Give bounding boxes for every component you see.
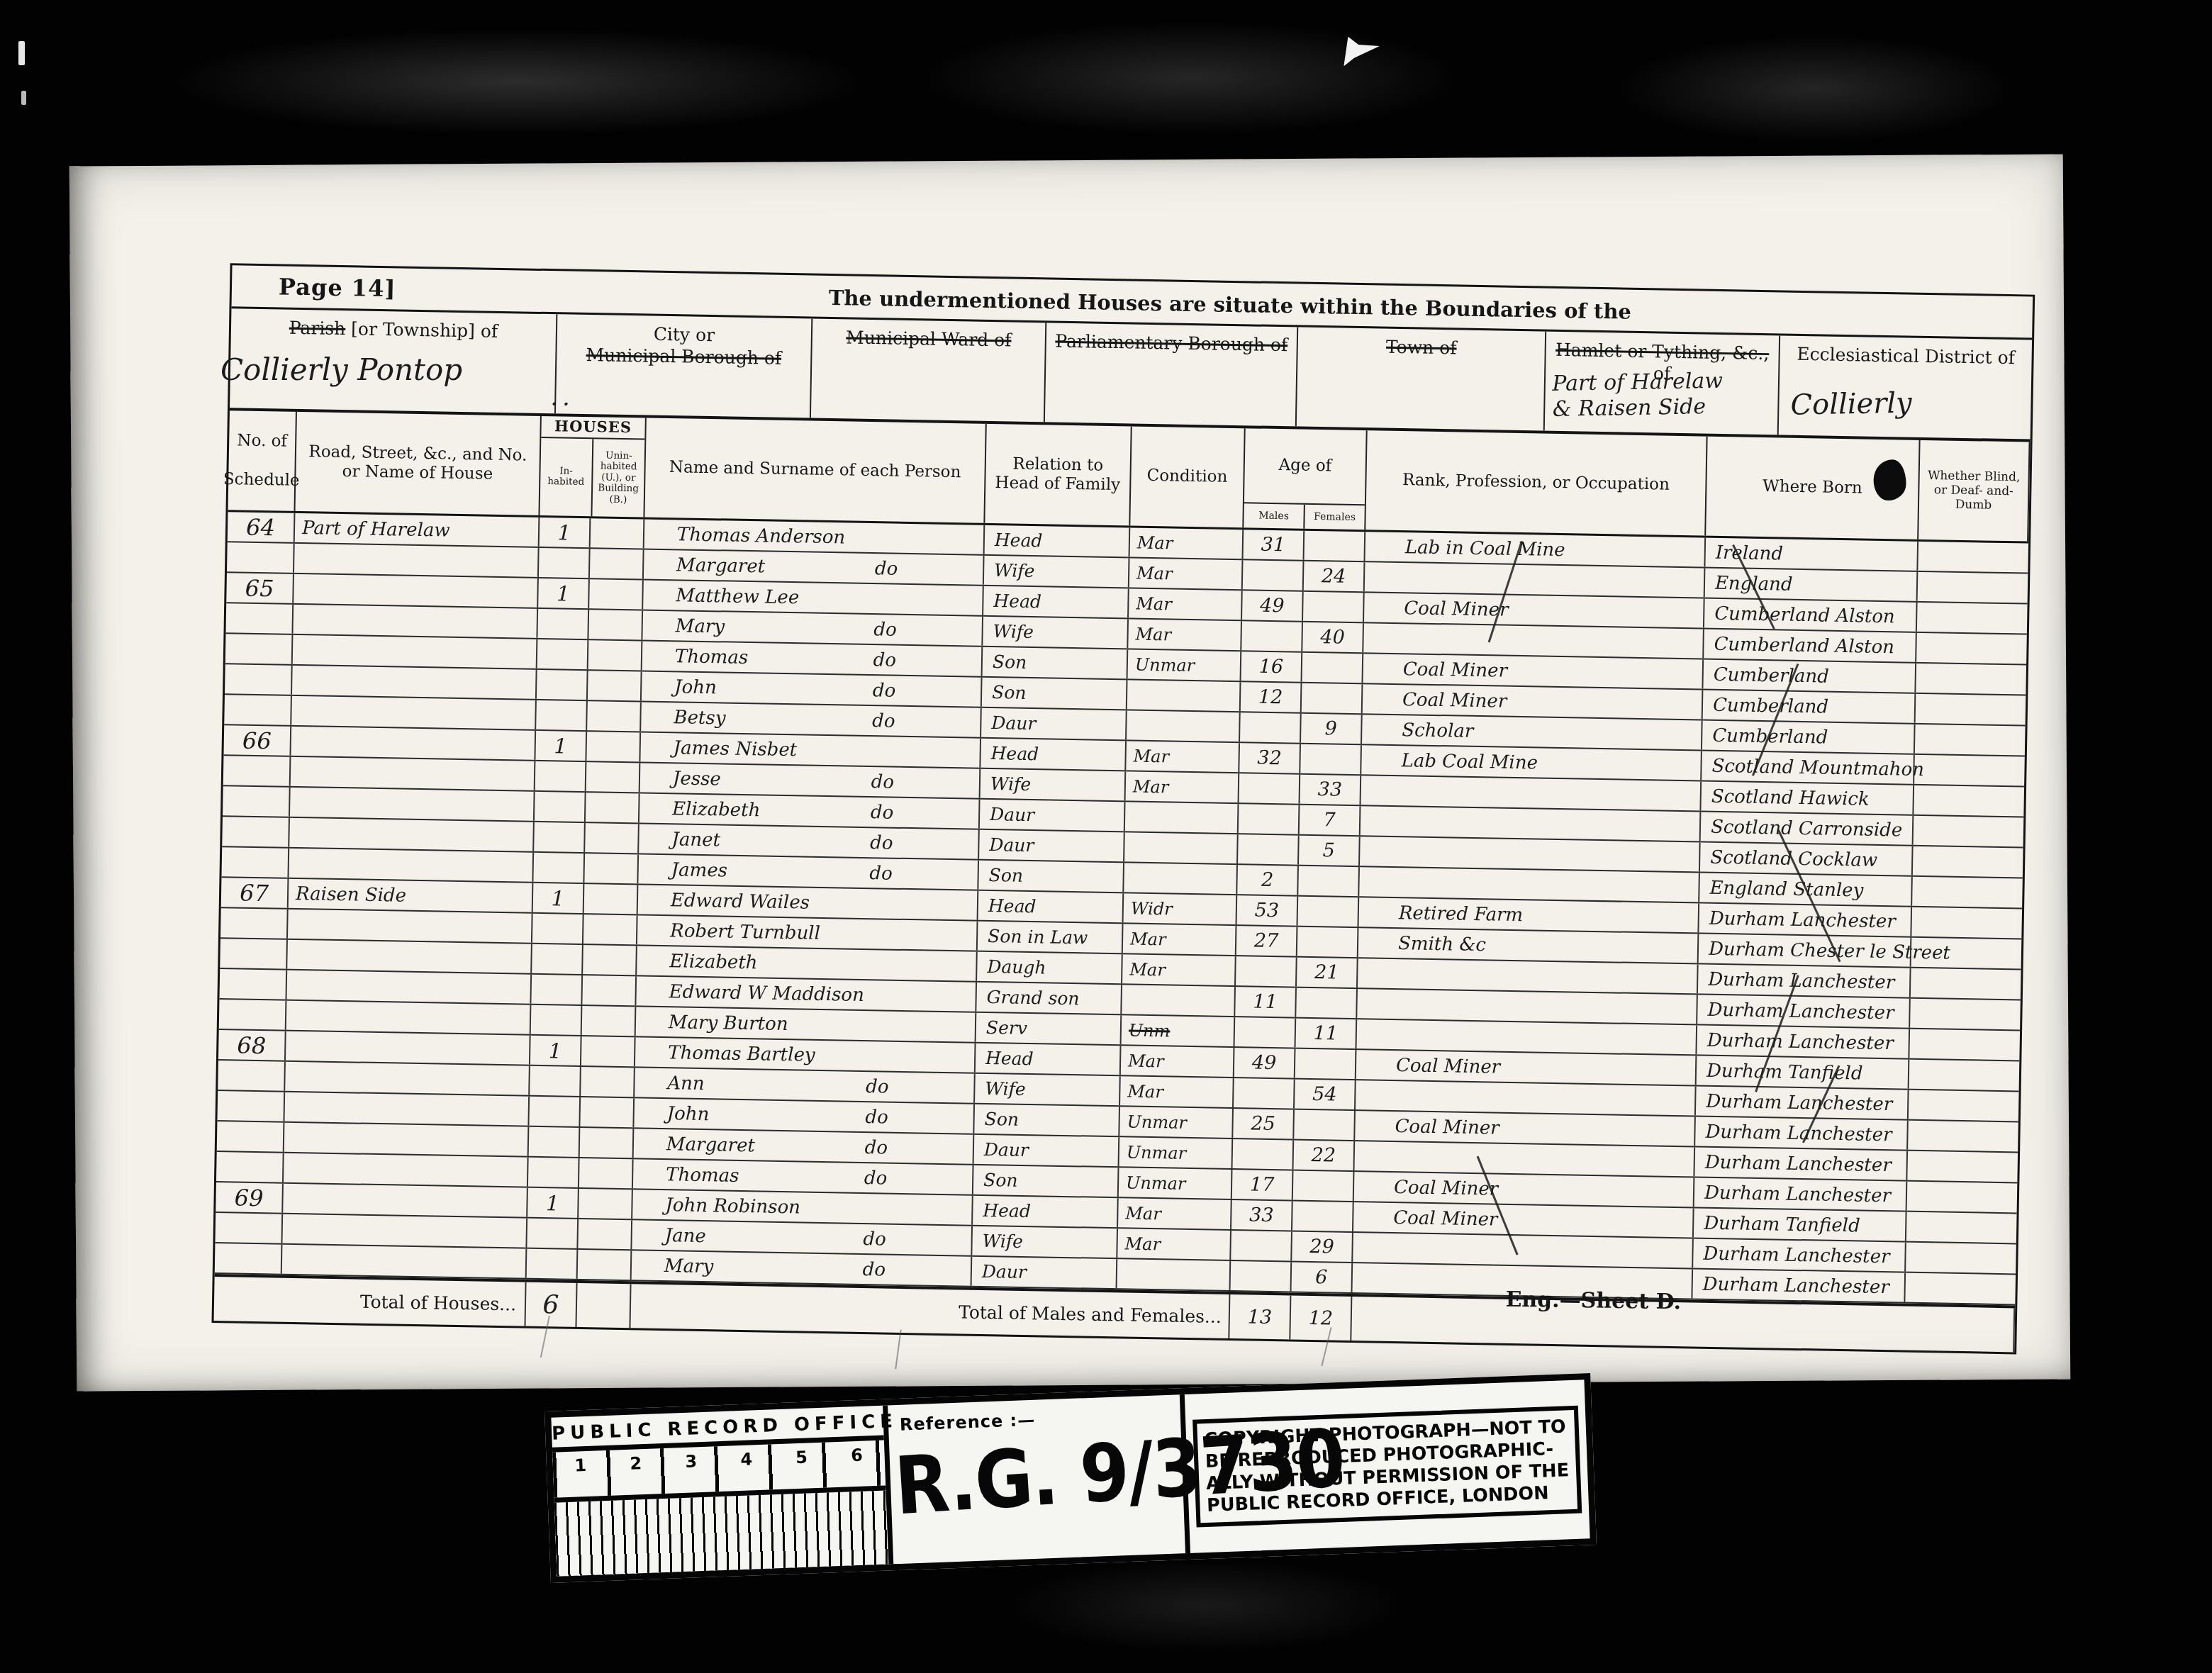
cell-occupation xyxy=(1357,989,1698,1024)
cell-name: Edward Wailes xyxy=(638,885,979,919)
header-females: Females xyxy=(1305,505,1365,530)
cell-condition: Mar xyxy=(1123,924,1237,955)
film-smudge xyxy=(170,28,865,135)
ruler-number: 2 xyxy=(608,1448,664,1496)
cell-uninhabited xyxy=(583,914,638,944)
cell-occupation: Coal Miner xyxy=(1364,593,1705,627)
cell-age-female: 7 xyxy=(1300,805,1361,835)
cell-age-male xyxy=(1236,956,1297,986)
cell-uninhabited xyxy=(589,579,644,609)
cell-occupation: Coal Miner xyxy=(1363,654,1704,688)
cell-schedule xyxy=(215,1243,283,1274)
field-city: City or Municipal Borough of xyxy=(556,314,812,418)
total-houses-value: 6 xyxy=(525,1282,577,1327)
cell-birthplace: Scotland Carronside xyxy=(1701,812,1914,845)
header-condition: Condition xyxy=(1130,426,1245,527)
sheet-note: Eng.—Sheet D. xyxy=(1505,1287,1681,1315)
header-blind: Whether Blind, or Deaf- and-Dumb xyxy=(1918,440,2030,542)
ecclesiastical-value: Collierly xyxy=(1790,386,1912,423)
cell-condition: Mar xyxy=(1128,619,1242,650)
cell-address xyxy=(294,574,539,608)
cell-occupation: Coal Miner xyxy=(1363,684,1704,719)
cell-age-female: 22 xyxy=(1294,1141,1356,1170)
cell-condition: Mar xyxy=(1120,1076,1234,1107)
cell-inhabited: 1 xyxy=(527,1188,579,1218)
header-age: Age of Males Females xyxy=(1244,428,1367,530)
cell-blind xyxy=(1906,1243,2016,1274)
field-ecclesiastical: Ecclesiastical District of Collierly xyxy=(1779,335,2032,439)
cell-condition xyxy=(1127,710,1241,742)
cell-inhabited: 1 xyxy=(535,731,587,761)
cell-relation: Son xyxy=(983,647,1129,679)
cell-schedule xyxy=(220,908,289,939)
cell-uninhabited xyxy=(579,1189,633,1219)
cell-name: Edward W Maddison xyxy=(636,976,977,1011)
page-number: Page 14] xyxy=(279,273,396,302)
cell-schedule xyxy=(223,786,291,817)
cell-occupation xyxy=(1356,1019,1697,1054)
cell-age-female: 54 xyxy=(1295,1080,1356,1109)
cell-name: Thomas Anderson xyxy=(644,519,985,554)
cell-age-female xyxy=(1300,744,1362,774)
field-hamlet: Hamlet or Tything, &c., of Part of Harel… xyxy=(1545,332,1780,435)
cell-blind xyxy=(1916,633,2027,664)
field-parish: Parish [or Township] of Collierly Pontop… xyxy=(230,308,557,413)
field-parliamentary: Parliamentary Borough of xyxy=(1045,323,1298,426)
cell-address xyxy=(291,696,537,729)
cell-age-female: 24 xyxy=(1304,561,1365,591)
cell-age-female xyxy=(1294,1110,1356,1140)
cell-name: Betsydo xyxy=(641,702,982,737)
cell-name: Marydo xyxy=(632,1250,973,1285)
cell-uninhabited xyxy=(578,1219,632,1249)
hamlet-value: Part of Harelaw & Raisen Side xyxy=(1552,369,1724,423)
cell-uninhabited xyxy=(582,975,637,1005)
cell-birthplace: Scotland Cocklaw xyxy=(1700,843,1914,875)
cell-birthplace: Durham Lanchester xyxy=(1696,1086,1909,1119)
cell-address xyxy=(287,940,532,973)
cell-blind xyxy=(1908,1121,2018,1152)
cell-uninhabited xyxy=(591,518,645,548)
cell-age-male: 11 xyxy=(1235,987,1297,1017)
cell-schedule xyxy=(227,542,295,573)
cell-blind xyxy=(1911,907,2022,939)
cell-birthplace: Durham Tanfield xyxy=(1697,1056,1910,1088)
cell-inhabited xyxy=(537,670,588,700)
header-houses: HOUSES In- habited Unin- habited (U.), o… xyxy=(540,416,646,517)
cell-schedule xyxy=(215,1213,283,1243)
cell-inhabited xyxy=(539,548,591,578)
cell-condition: Mar xyxy=(1126,771,1240,802)
cell-condition xyxy=(1117,1259,1231,1290)
cell-relation: Head xyxy=(976,1043,1122,1075)
cell-occupation: Coal Miner xyxy=(1355,1111,1696,1146)
ward-label-struck: Municipal Ward of xyxy=(846,327,1012,350)
cell-inhabited: 1 xyxy=(540,517,591,547)
cell-address xyxy=(286,970,532,1004)
cell-schedule: 64 xyxy=(228,512,296,542)
parish-value: Collierly Pontop xyxy=(220,352,462,389)
cell-relation: Daur xyxy=(974,1135,1120,1167)
cell-occupation xyxy=(1356,1080,1697,1115)
cell-uninhabited xyxy=(586,793,640,822)
cell-birthplace: England xyxy=(1705,569,1918,601)
cell-condition: Unmar xyxy=(1128,649,1242,681)
cell-occupation: Coal Miner xyxy=(1353,1202,1694,1237)
cell-blind xyxy=(1918,572,2028,603)
cell-age-male xyxy=(1238,834,1300,864)
cell-uninhabited xyxy=(581,1067,635,1097)
parliamentary-label-struck: Parliamentary Borough of xyxy=(1055,331,1287,356)
cell-inhabited xyxy=(536,700,588,730)
totals-spacer xyxy=(1351,1297,2015,1352)
cell-address: Raisen Side xyxy=(289,879,534,912)
cell-relation: Wife xyxy=(984,556,1130,588)
cell-birthplace: Durham Lanchester xyxy=(1694,1177,1908,1210)
cell-name: Janedo xyxy=(632,1220,973,1255)
parish-label: [or Township] of xyxy=(345,318,498,342)
cell-birthplace: Cumberland Alston xyxy=(1704,599,1918,632)
cell-relation: Son xyxy=(978,861,1124,893)
total-mf-label: Total of Males and Females... xyxy=(630,1284,1230,1338)
cell-condition: Unmar xyxy=(1119,1168,1233,1199)
cell-schedule xyxy=(225,603,294,634)
cell-occupation: Scholar xyxy=(1362,715,1703,749)
cell-blind xyxy=(1910,999,2021,1030)
cell-relation: Head xyxy=(978,891,1124,923)
cell-name: Elizabeth xyxy=(637,946,978,980)
cell-inhabited xyxy=(535,761,587,791)
header-uninhabited: Unin- habited (U.), or Building (B.) xyxy=(592,439,644,517)
cell-uninhabited xyxy=(581,1036,636,1066)
cell-uninhabited xyxy=(586,732,641,761)
cell-uninhabited xyxy=(590,549,644,578)
cell-uninhabited xyxy=(582,1006,637,1036)
cell-age-male: 33 xyxy=(1231,1200,1293,1230)
cell-relation: Daur xyxy=(980,800,1126,832)
town-label-struck: Town of xyxy=(1386,337,1457,359)
cell-occupation xyxy=(1365,562,1706,597)
cell-age-female: 33 xyxy=(1300,775,1362,805)
cell-age-female xyxy=(1305,531,1366,561)
cell-relation: Wife xyxy=(972,1226,1118,1258)
cell-condition xyxy=(1124,863,1238,894)
cell-name: Margaretdo xyxy=(634,1129,975,1163)
cell-address xyxy=(291,757,536,790)
cell-age-male: 17 xyxy=(1232,1170,1294,1199)
cell-birthplace: Scotland Mountmahon xyxy=(1702,751,1915,784)
cell-age-male: 32 xyxy=(1239,743,1301,773)
cell-condition: Unmar xyxy=(1119,1137,1234,1168)
hamlet-value-line1: Part of Harelaw xyxy=(1552,369,1723,396)
cell-inhabited xyxy=(532,914,584,944)
census-rows: 64Part of Harelaw1Thomas AndersonHeadMar… xyxy=(215,512,2028,1305)
cell-blind xyxy=(1906,1212,2017,1243)
cell-schedule: 67 xyxy=(221,878,289,908)
film-smudge xyxy=(1616,35,2013,142)
census-page: Page 14] The undermentioned Houses are s… xyxy=(69,154,2071,1391)
cell-age-male xyxy=(1233,1139,1295,1169)
total-males: 13 xyxy=(1229,1294,1291,1339)
cell-condition xyxy=(1127,680,1241,711)
cell-schedule xyxy=(222,817,290,847)
cell-birthplace: Durham Lanchester xyxy=(1698,965,1911,997)
cell-blind xyxy=(1911,968,2021,1000)
cell-occupation: Coal Miner xyxy=(1356,1050,1697,1085)
cell-uninhabited xyxy=(584,884,639,914)
cell-occupation xyxy=(1358,958,1699,993)
cell-name: Johndo xyxy=(634,1098,975,1133)
pencil-mark xyxy=(895,1330,901,1370)
cell-birthplace: Durham Lanchester xyxy=(1697,995,1911,1028)
cell-age-female xyxy=(1296,988,1358,1018)
cell-blind xyxy=(1909,1090,2019,1121)
cell-schedule: 66 xyxy=(223,725,291,756)
cell-relation: Wife xyxy=(981,769,1127,801)
cell-blind xyxy=(1911,938,2022,969)
cell-inhabited xyxy=(527,1249,579,1279)
cell-name: Mary Burton xyxy=(636,1007,977,1041)
cell-occupation: Retired Farm xyxy=(1358,897,1699,932)
cell-blind xyxy=(1909,1060,2020,1091)
cell-condition: Unmar xyxy=(1119,1107,1234,1138)
cell-age-male: 53 xyxy=(1237,895,1299,925)
total-females: 12 xyxy=(1290,1296,1352,1341)
cell-inhabited xyxy=(534,822,586,852)
cell-occupation: Lab Coal Mine xyxy=(1361,745,1702,780)
cell-birthplace: Durham Lanchester xyxy=(1693,1238,1906,1271)
cell-occupation xyxy=(1361,776,1702,810)
film-smudge xyxy=(1007,1560,1404,1652)
cell-age-male: 49 xyxy=(1242,591,1304,620)
cell-condition: Mar xyxy=(1126,741,1240,772)
pro-reference-stamp: PUBLIC RECORD OFFICE 1 2 3 4 5 6 Referen… xyxy=(544,1373,1597,1583)
cell-age-female xyxy=(1292,1202,1354,1231)
film-smudge xyxy=(922,21,1460,135)
cell-schedule: 69 xyxy=(216,1182,284,1213)
cell-condition: Mar xyxy=(1121,1046,1235,1077)
cell-age-female xyxy=(1298,866,1360,896)
cell-relation: Daur xyxy=(981,708,1127,740)
cell-inhabited: 1 xyxy=(533,883,585,913)
cell-name: Marydo xyxy=(642,610,983,645)
cell-birthplace: Durham Chester le Street xyxy=(1699,934,1912,967)
form-heading: The undermentioned Houses are situate wi… xyxy=(829,286,1632,324)
cell-occupation: Coal Miner xyxy=(1354,1172,1695,1207)
cell-inhabited xyxy=(537,609,589,639)
cell-age-female xyxy=(1297,927,1359,957)
film-speck xyxy=(21,91,26,105)
cell-condition: Mar xyxy=(1129,588,1243,620)
cell-relation: Daur xyxy=(972,1257,1118,1289)
cell-inhabited: 1 xyxy=(538,578,590,608)
cell-relation: Son in Law xyxy=(978,922,1124,953)
cell-address xyxy=(284,1092,530,1126)
cell-age-female: 21 xyxy=(1297,958,1358,987)
reference-label: Reference :— xyxy=(900,1410,1036,1435)
cell-uninhabited xyxy=(585,823,639,853)
cell-schedule xyxy=(217,1091,285,1121)
cell-blind xyxy=(1907,1151,2018,1182)
cell-schedule xyxy=(220,939,288,969)
field-town: Town of xyxy=(1297,328,1546,431)
cell-age-male xyxy=(1241,621,1303,651)
city-label: City or xyxy=(654,324,715,346)
ruler-number: 1 xyxy=(552,1450,609,1498)
cell-blind xyxy=(1914,816,2024,847)
cell-blind xyxy=(1914,755,2025,786)
cell-age-female xyxy=(1302,653,1364,683)
cell-address xyxy=(292,666,537,699)
cell-age-male: 31 xyxy=(1244,530,1305,559)
cell-age-male xyxy=(1240,712,1302,742)
cell-address xyxy=(284,1153,529,1187)
cell-inhabited xyxy=(528,1158,580,1187)
cell-occupation xyxy=(1359,867,1700,902)
cell-name: James Nisbet xyxy=(640,732,981,767)
cell-name: Robert Turnbull xyxy=(637,915,978,950)
cell-blind xyxy=(1918,542,2028,573)
cell-relation: Head xyxy=(985,525,1131,557)
cell-birthplace: Cumberland xyxy=(1703,690,1916,723)
cell-name: John Robinson xyxy=(632,1190,973,1224)
cell-name: Thomasdo xyxy=(642,641,983,676)
cell-condition: Mar xyxy=(1118,1198,1232,1229)
cell-inhabited xyxy=(530,1066,581,1096)
totals-spacer xyxy=(576,1283,631,1328)
cell-uninhabited xyxy=(588,610,643,639)
cell-age-female: 6 xyxy=(1292,1263,1353,1292)
cell-address xyxy=(294,544,540,577)
cell-schedule xyxy=(225,634,294,664)
houses-label: HOUSES xyxy=(541,416,645,440)
cell-inhabited xyxy=(533,853,585,883)
cell-birthplace: Durham Lanchester xyxy=(1694,1147,1908,1180)
cell-occupation: Lab in Coal Mine xyxy=(1365,532,1707,566)
cell-occupation xyxy=(1361,806,1702,841)
cell-blind xyxy=(1915,724,2026,756)
cell-age-male: 49 xyxy=(1234,1048,1296,1078)
cell-relation: Head xyxy=(981,739,1127,771)
cell-address xyxy=(293,605,538,638)
cell-schedule xyxy=(225,664,293,695)
total-houses-label: Total of Houses... xyxy=(214,1277,527,1326)
cell-uninhabited xyxy=(579,1158,634,1188)
cell-address xyxy=(282,1214,527,1248)
cell-blind xyxy=(1917,603,2028,634)
cell-relation: Wife xyxy=(975,1074,1121,1106)
cell-age-female xyxy=(1298,897,1360,927)
cell-age-male xyxy=(1234,1078,1295,1108)
cell-occupation: Smith &c xyxy=(1358,928,1699,963)
cell-uninhabited xyxy=(588,671,642,700)
cell-uninhabited xyxy=(584,854,639,883)
cell-relation: Son xyxy=(982,678,1128,710)
cell-blind xyxy=(1916,694,2026,725)
stamp-ruler-section: PUBLIC RECORD OFFICE 1 2 3 4 5 6 xyxy=(551,1405,893,1576)
cell-occupation xyxy=(1353,1233,1694,1268)
ruler-number: 4 xyxy=(718,1444,775,1492)
cell-age-male xyxy=(1239,804,1300,834)
cm-ruler xyxy=(554,1491,888,1577)
stamp-reference-section: Reference :— R.G. 9/3730 xyxy=(888,1394,1190,1564)
cell-birthplace: Cumberland xyxy=(1702,721,1916,754)
cell-age-female xyxy=(1302,683,1363,713)
ruler-number: 6 xyxy=(829,1440,886,1488)
cell-birthplace: Durham Lanchester xyxy=(1692,1269,1906,1302)
cell-relation: Head xyxy=(973,1196,1119,1228)
cell-relation: Daur xyxy=(979,830,1125,862)
cell-age-male xyxy=(1239,773,1301,803)
cell-address xyxy=(284,1123,530,1156)
header-males: Males xyxy=(1244,503,1305,528)
cell-address xyxy=(286,1001,532,1034)
field-ward: Municipal Ward of xyxy=(811,319,1046,423)
cell-occupation xyxy=(1363,623,1704,658)
cell-age-male xyxy=(1231,1231,1292,1260)
cell-schedule: 68 xyxy=(218,1030,286,1061)
header-relation: Relation to Head of Family xyxy=(985,424,1132,526)
cell-condition: Mar xyxy=(1117,1229,1231,1260)
cell-name: Jessedo xyxy=(640,763,981,798)
cell-address xyxy=(288,910,533,943)
cell-inhabited xyxy=(535,792,586,822)
parish-label-struck: Parish xyxy=(289,318,346,339)
census-form: Page 14] The undermentioned Houses are s… xyxy=(211,263,2035,1354)
cell-age-male xyxy=(1231,1261,1292,1291)
cell-name: Margaretdo xyxy=(644,549,985,584)
cell-age-male: 2 xyxy=(1237,865,1299,895)
film-speck xyxy=(18,41,25,65)
cell-schedule xyxy=(224,695,292,725)
cell-condition: Mar xyxy=(1130,527,1244,559)
cell-relation: Head xyxy=(983,586,1129,618)
cell-condition xyxy=(1122,985,1236,1016)
cell-birthplace: Cumberland Alston xyxy=(1704,630,1917,662)
cell-relation: Son xyxy=(973,1165,1119,1197)
ruler-number: 5 xyxy=(773,1442,830,1489)
cell-inhabited xyxy=(531,1005,583,1035)
cell-inhabited xyxy=(537,639,589,669)
cell-address xyxy=(285,1062,530,1095)
cell-address xyxy=(289,818,535,851)
cell-relation: Daugh xyxy=(977,952,1123,984)
cell-schedule xyxy=(221,847,289,878)
cell-birthplace: Durham Lanchester xyxy=(1695,1117,1909,1149)
header-rank: Rank, Profession, or Occupation xyxy=(1365,430,1707,535)
cell-age-male: 27 xyxy=(1236,926,1298,956)
cell-blind xyxy=(1912,877,2023,908)
cell-name: Thomasdo xyxy=(633,1159,974,1194)
cell-name: Janetdo xyxy=(639,824,980,858)
cell-age-female: 11 xyxy=(1296,1019,1358,1048)
age-label: Age of xyxy=(1244,428,1366,504)
cell-age-male xyxy=(1243,560,1305,590)
cell-age-female: 5 xyxy=(1299,836,1361,866)
cell-condition xyxy=(1124,832,1239,863)
cell-blind xyxy=(1913,846,2023,878)
cell-age-female: 29 xyxy=(1292,1232,1353,1262)
cell-condition: Unm xyxy=(1122,1015,1236,1046)
cell-address xyxy=(290,788,535,821)
cell-name: Thomas Bartley xyxy=(635,1037,976,1072)
cell-relation: Serv xyxy=(976,1013,1122,1045)
cell-condition xyxy=(1125,802,1239,833)
cell-age-female: 40 xyxy=(1302,622,1364,652)
header-road: Road, Street, &c., and No. or Name of Ho… xyxy=(295,412,541,515)
cell-condition: Widr xyxy=(1124,893,1238,924)
cell-relation: Son xyxy=(974,1104,1120,1136)
